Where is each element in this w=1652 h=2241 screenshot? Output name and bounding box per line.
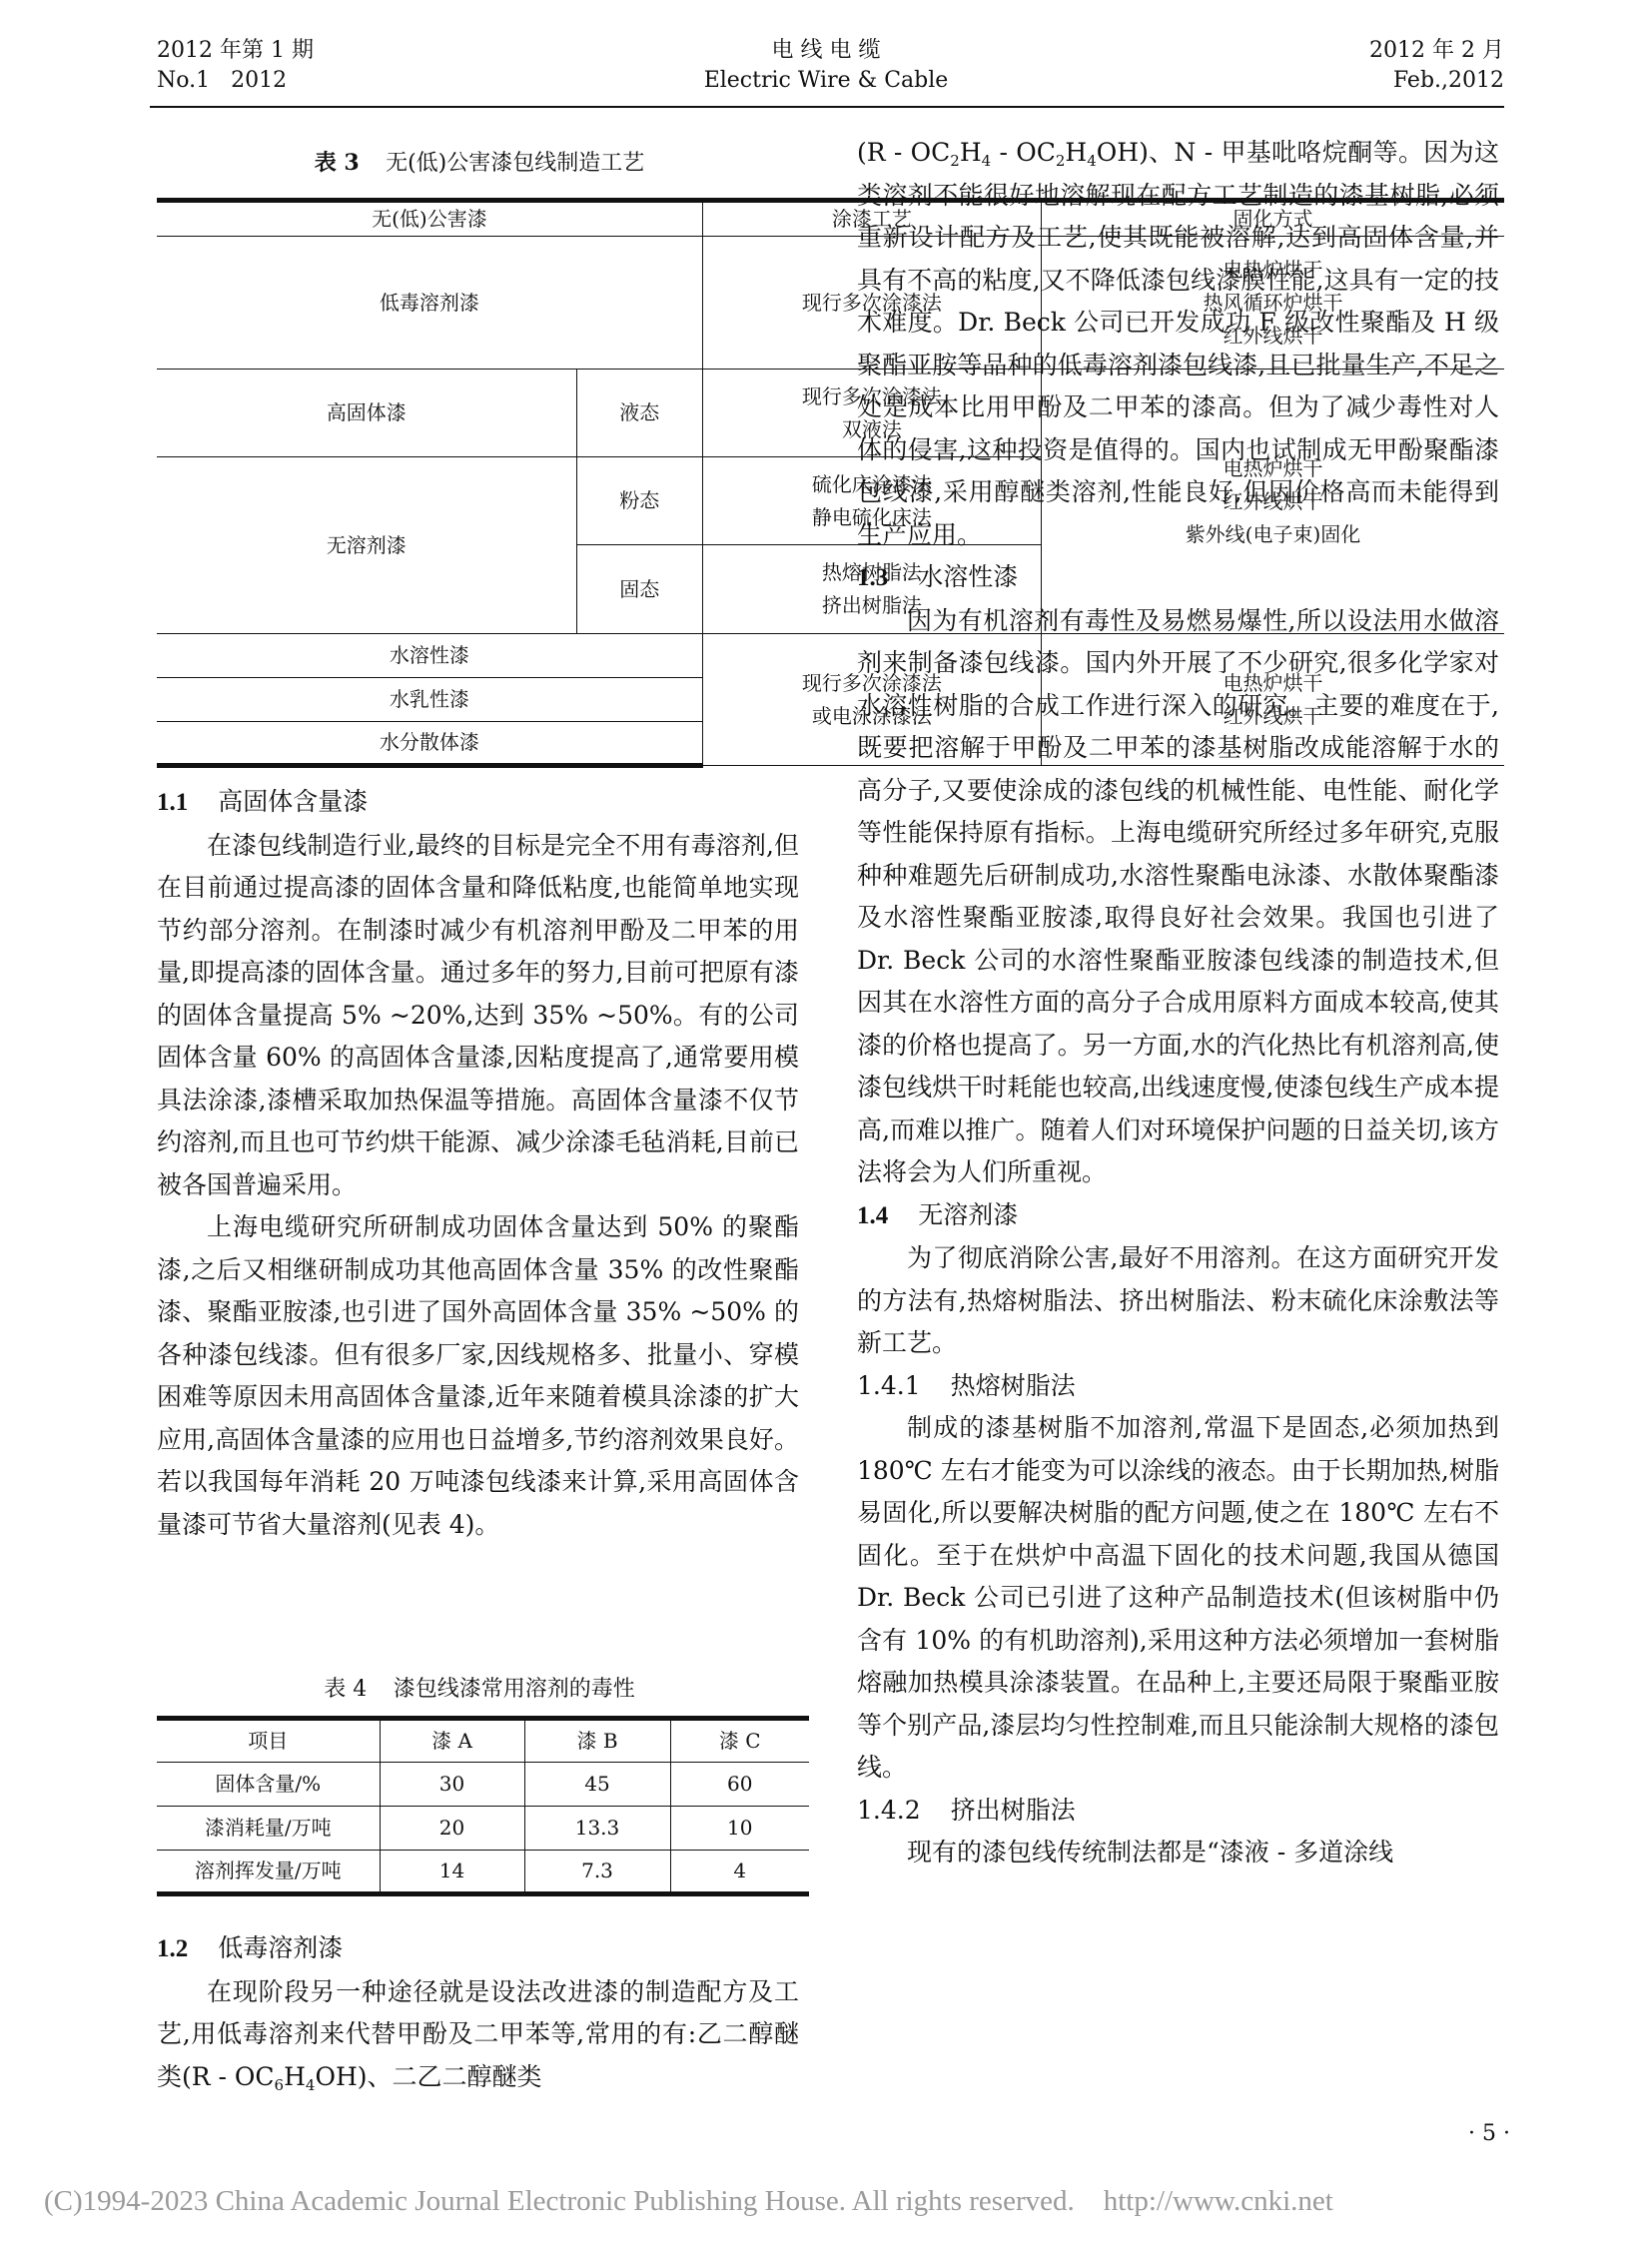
header-date: 2012 年 2 月 Feb.,2012 <box>1369 36 1504 96</box>
subscript: 4 <box>982 152 992 170</box>
table3-cell-state: 固态 <box>576 545 702 634</box>
header-rule <box>150 106 1504 108</box>
table3-header-cell: 无(低)公害漆 <box>157 201 702 237</box>
header-issue-cn: 2012 年第 1 期 <box>157 36 314 66</box>
table4-label: 表 4 <box>324 1677 367 1702</box>
paragraph: 在现阶段另一种途径就是设法改进漆的制造配方及工艺,用低毒溶剂来代替甲酚及二甲苯等… <box>157 1971 799 2099</box>
text-run: H <box>284 2062 306 2091</box>
table4-cell: 10 <box>670 1807 809 1851</box>
section-title: 无溶剂漆 <box>918 1200 1018 1229</box>
table4-cell: 20 <box>380 1807 524 1851</box>
table4-cell: 14 <box>380 1851 524 1894</box>
copyright-footer: (C)1994-2023 China Academic Journal Elec… <box>44 2185 1333 2218</box>
table4: 项目 漆 A 漆 B 漆 C 固体含量/% 30 45 60 漆消耗量/万吨 2… <box>157 1716 809 1896</box>
table4-cell: 漆消耗量/万吨 <box>157 1807 380 1851</box>
table3-cell-solventless: 无溶剂漆 <box>157 457 576 634</box>
table4-header-cell: 漆 A <box>380 1719 524 1763</box>
text-run: OH)、N - 甲基吡咯烷酮等。因为这类溶剂不能很好地溶解现在配方工艺制造的漆基… <box>857 138 1499 549</box>
paragraph: 在漆包线制造行业,最终的目标是完全不用有毒溶剂,但在目前通过提高漆的固体含量和降… <box>157 825 799 1207</box>
paragraph: 现有的漆包线传统制法都是“漆液 - 多道涂线 <box>857 1832 1499 1874</box>
subsection-title: 挤出树脂法 <box>951 1796 1076 1825</box>
paragraph: (R - OC2H4 - OC2H4OH)、N - 甲基吡咯烷酮等。因为这类溶剂… <box>857 132 1499 556</box>
table3-caption: 表 3无(低)公害漆包线制造工艺 <box>150 146 809 177</box>
table4-cell: 30 <box>380 1763 524 1807</box>
paragraph: 因为有机溶剂有毒性及易燃易爆性,所以设法用水做溶剂来制备漆包线漆。国内外开展了不… <box>857 600 1499 1194</box>
subscript: 2 <box>1056 152 1066 170</box>
table4-header-cell: 漆 C <box>670 1719 809 1763</box>
section-heading: 1.1高固体含量漆 <box>157 781 799 825</box>
paragraph: 制成的漆基树脂不加溶剂,常温下是固态,必须加热到 180℃ 左右才能变为可以涂线… <box>857 1407 1499 1790</box>
subscript: 6 <box>275 2076 285 2094</box>
section-heading: 1.2低毒溶剂漆 <box>157 1927 799 1971</box>
subsection-heading: 1.4.2挤出树脂法 <box>857 1790 1499 1833</box>
table3-cell-low-toxic: 低毒溶剂漆 <box>157 237 702 370</box>
table3-cell-state: 粉态 <box>576 457 702 545</box>
section-number: 1.1 <box>157 789 188 816</box>
header-issue: 2012 年第 1 期 No.1 2012 <box>157 36 314 96</box>
section-heading: 1.3水溶性漆 <box>857 556 1499 600</box>
table4-caption: 表 4漆包线漆常用溶剂的毒性 <box>150 1672 809 1703</box>
left-column-upper: 1.1高固体含量漆 在漆包线制造行业,最终的目标是完全不用有毒溶剂,但在目前通过… <box>157 781 799 1546</box>
page-number: · 5 · <box>1468 2121 1510 2146</box>
paragraph: 为了彻底消除公害,最好不用溶剂。在这方面研究开发的方法有,热熔树脂法、挤出树脂法… <box>857 1237 1499 1365</box>
journal-title-cn: 电 线 电 缆 <box>626 36 1026 66</box>
journal-title-en: Electric Wire & Cable <box>626 66 1026 96</box>
text-run: (R - OC <box>857 138 950 167</box>
section-title: 低毒溶剂漆 <box>218 1933 343 1962</box>
text-run: H <box>960 138 982 167</box>
table3-title: 无(低)公害漆包线制造工艺 <box>386 151 644 176</box>
subsection-heading: 1.4.1热熔树脂法 <box>857 1365 1499 1408</box>
table4-cell: 7.3 <box>524 1851 670 1894</box>
table4-cell: 60 <box>670 1763 809 1807</box>
table3-cell-water-emulsion: 水乳性漆 <box>157 678 702 722</box>
table4-cell: 45 <box>524 1763 670 1807</box>
header-date-en: Feb.,2012 <box>1369 66 1504 96</box>
table4-cell: 4 <box>670 1851 809 1894</box>
table4-cell: 13.3 <box>524 1807 670 1851</box>
section-number: 1.2 <box>157 1935 188 1962</box>
text-run: H <box>1065 138 1087 167</box>
subscript: 4 <box>1087 152 1097 170</box>
section-heading: 1.4无溶剂漆 <box>857 1194 1499 1238</box>
paragraph: 上海电缆研究所研制成功固体含量达到 50% 的聚酯漆,之后又相继研制成功其他高固… <box>157 1206 799 1546</box>
text-run: - OC <box>991 138 1056 167</box>
subsection-title: 热熔树脂法 <box>951 1371 1076 1400</box>
right-column: (R - OC2H4 - OC2H4OH)、N - 甲基吡咯烷酮等。因为这类溶剂… <box>857 132 1499 1874</box>
table4-header-cell: 漆 B <box>524 1719 670 1763</box>
table3-cell-state: 液态 <box>576 370 702 457</box>
section-number: 1.3 <box>857 564 888 591</box>
table3-cell-water-soluble: 水溶性漆 <box>157 634 702 678</box>
table4-title: 漆包线漆常用溶剂的毒性 <box>394 1677 635 1702</box>
left-column-lower: 1.2低毒溶剂漆 在现阶段另一种途径就是设法改进漆的制造配方及工艺,用低毒溶剂来… <box>157 1927 799 2098</box>
table4-header-cell: 项目 <box>157 1719 380 1763</box>
section-title: 水溶性漆 <box>918 562 1018 591</box>
header-journal: 电 线 电 缆 Electric Wire & Cable <box>626 36 1026 96</box>
header-date-cn: 2012 年 2 月 <box>1369 36 1504 66</box>
table4-cell: 固体含量/% <box>157 1763 380 1807</box>
section-title: 高固体含量漆 <box>218 787 368 816</box>
subscript: 2 <box>950 152 960 170</box>
subsection-number: 1.4.1 <box>857 1371 921 1400</box>
subsection-number: 1.4.2 <box>857 1796 921 1825</box>
header-issue-en: No.1 2012 <box>157 66 314 96</box>
table4-cell: 溶剂挥发量/万吨 <box>157 1851 380 1894</box>
text-run: OH)、二乙二醇醚类 <box>315 2062 541 2091</box>
table3-cell-water-dispersion: 水分散体漆 <box>157 722 702 766</box>
section-number: 1.4 <box>857 1202 888 1229</box>
table3-label: 表 3 <box>315 150 360 176</box>
table3-cell-high-solid: 高固体漆 <box>157 370 576 457</box>
